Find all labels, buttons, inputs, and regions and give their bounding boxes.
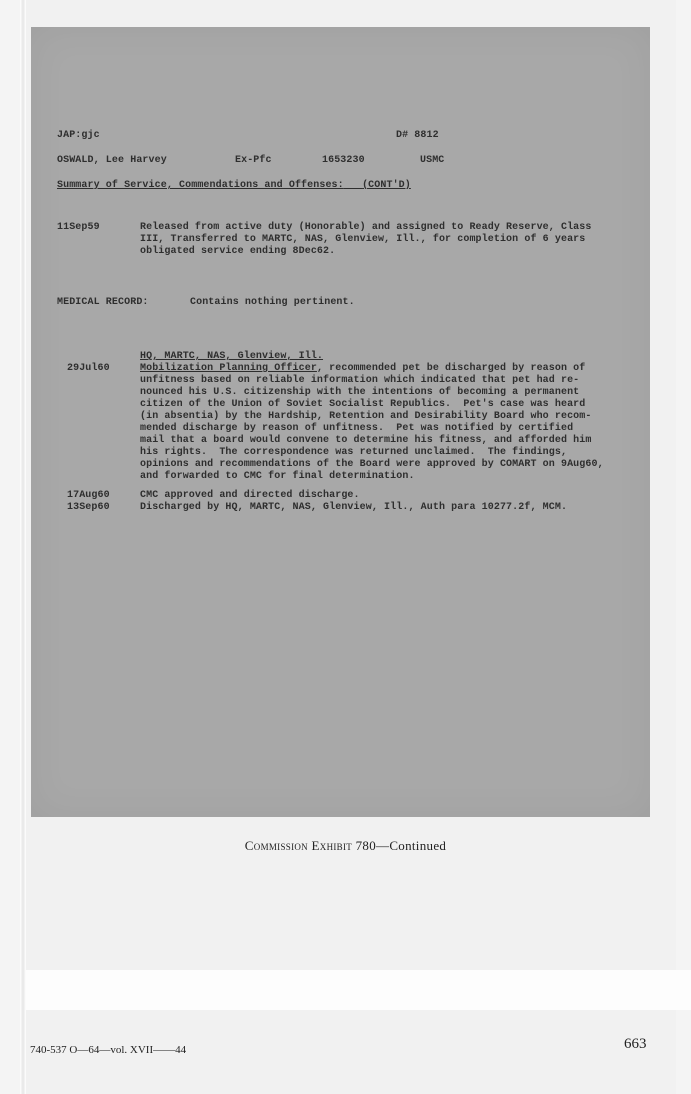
entry-line: his rights. The correspondence was retur…	[140, 447, 567, 459]
subject-rank: Ex-Pfc	[235, 155, 272, 167]
section-continued: (CONT'D)	[362, 180, 411, 191]
entry-date: 17Aug60	[67, 490, 110, 502]
entry-line: and forwarded to CMC for final determina…	[140, 471, 415, 483]
entry-date: 13Sep60	[67, 502, 110, 514]
entry-line: obligated service ending 8Dec62.	[140, 246, 335, 258]
section-title: Summary of Service, Commendations and Of…	[57, 180, 411, 192]
entry-line: Discharged by HQ, MARTC, NAS, Glenview, …	[140, 502, 567, 514]
entry-line: Released from active duty (Honorable) an…	[140, 222, 591, 234]
service-branch: USMC	[420, 155, 444, 167]
section-title-text: Summary of Service, Commendations and Of…	[57, 180, 344, 191]
typist-initials: JAP:gjc	[57, 130, 100, 142]
command-heading: HQ, MARTC, NAS, Glenview, Ill.	[140, 351, 323, 363]
entry-line: citizen of the Union of Soviet Socialist…	[140, 399, 585, 411]
print-code: 740-537 O—64—vol. XVII——44	[30, 1044, 186, 1056]
caption-number: 780—Continued	[356, 838, 447, 853]
entry-line: (in absentia) by the Hardship, Retention…	[140, 411, 591, 423]
entry-line: Mobilization Planning Officer, recommend…	[140, 363, 585, 375]
caption-label: Commission Exhibit	[245, 838, 352, 853]
entry-text: , recommended pet be discharged by reaso…	[317, 363, 585, 374]
entry-line: mended discharge by reason of unfitness.…	[140, 423, 573, 435]
entry-line: III, Transferred to MARTC, NAS, Glenview…	[140, 234, 585, 246]
entry-line: opinions and recommendations of the Boar…	[140, 459, 604, 471]
page-number: 663	[624, 1036, 647, 1053]
entry-date: 11Sep59	[57, 222, 100, 234]
entry-date: 29Jul60	[67, 363, 110, 375]
entry-line: CMC approved and directed discharge.	[140, 490, 360, 502]
entry-line: mail that a board would convene to deter…	[140, 435, 591, 447]
entry-line: unfitness based on reliable information …	[140, 375, 579, 387]
entry-line: nounced his U.S. citizenship with the in…	[140, 387, 579, 399]
service-number: 1653230	[322, 155, 365, 167]
exhibit-caption: Commission Exhibit 780—Continued	[0, 838, 691, 854]
medical-record-label: MEDICAL RECORD:	[57, 297, 149, 309]
officer-title: Mobilization Planning Officer	[140, 363, 317, 374]
subject-name: OSWALD, Lee Harvey	[57, 155, 167, 167]
document-number: D# 8812	[396, 130, 439, 142]
medical-record-value: Contains nothing pertinent.	[190, 297, 355, 309]
scan-band	[26, 970, 691, 1010]
